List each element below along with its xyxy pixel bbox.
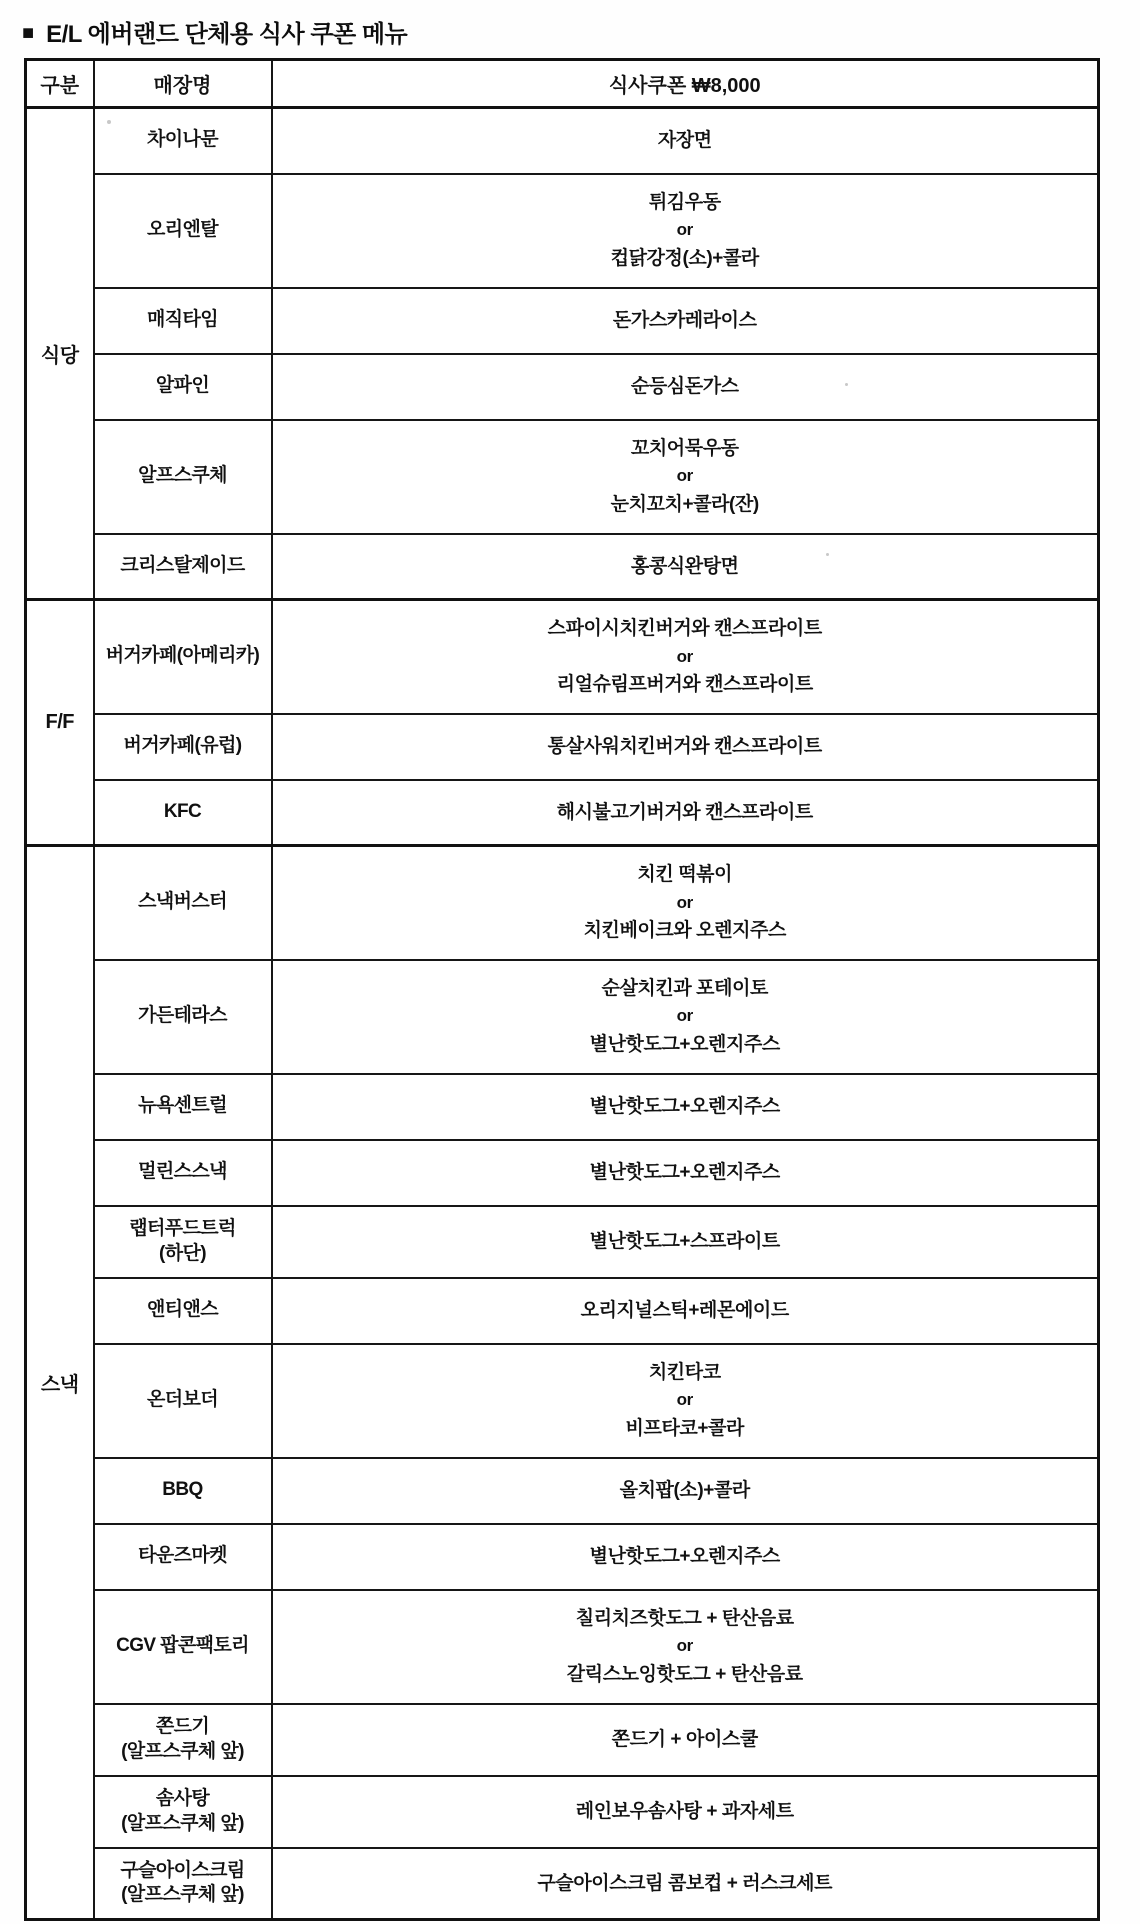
- table-row: 멀린스스낵별난핫도그+오렌지주스: [26, 1140, 1099, 1206]
- menu-cell: 튀김우동or컵닭강정(소)+콜라: [272, 174, 1099, 288]
- store-name-line: (알프스쿠체 앞): [101, 1740, 265, 1765]
- menu-item-line: 순등심돈가스: [279, 372, 1092, 401]
- store-name-line: 온더보더: [101, 1388, 265, 1413]
- category-cell: 스낵: [26, 846, 94, 1920]
- menu-cell: 순등심돈가스: [272, 354, 1099, 420]
- menu-or-separator: or: [279, 890, 1092, 916]
- table-row: 타운즈마켓별난핫도그+오렌지주스: [26, 1524, 1099, 1590]
- menu-item-line: 눈치꼬치+콜라(잔): [279, 490, 1092, 519]
- document-title: ■ E/L 에버랜드 단체용 식사 쿠폰 메뉴: [22, 14, 407, 49]
- table-row: 크리스탈제이드홍콩식완탕면: [26, 534, 1099, 600]
- menu-item-line: 레인보우솜사탕 + 과자세트: [279, 1797, 1092, 1826]
- store-name-line: 멀린스스낵: [101, 1160, 265, 1185]
- store-name-cell: 뉴욕센트럴: [94, 1074, 272, 1140]
- store-name-cell: 스낵버스터: [94, 846, 272, 960]
- title-text: E/L 에버랜드 단체용 식사 쿠폰 메뉴: [46, 14, 407, 49]
- menu-item-line: 갈릭스노잉핫도그 + 탄산음료: [279, 1660, 1092, 1689]
- menu-cell: 자장면: [272, 108, 1099, 174]
- table-row: 매직타임돈가스카레라이스: [26, 288, 1099, 354]
- table-row: 가든테라스순살치킨과 포테이토or별난핫도그+오렌지주스: [26, 960, 1099, 1074]
- table-row: 온더보더치킨타코or비프타코+콜라: [26, 1344, 1099, 1458]
- table-row: KFC해시불고기버거와 캔스프라이트: [26, 780, 1099, 846]
- menu-item-line: 별난핫도그+오렌지주스: [279, 1092, 1092, 1121]
- title-bullet-icon: ■: [22, 23, 34, 43]
- menu-cell: 꼬치어묵우동or눈치꼬치+콜라(잔): [272, 420, 1099, 534]
- menu-cell: 올치팝(소)+콜라: [272, 1458, 1099, 1524]
- table-row: 쫀드기(알프스쿠체 앞)쫀드기 + 아이스쿨: [26, 1704, 1099, 1776]
- header-category: 구분: [26, 60, 94, 108]
- menu-cell: 별난핫도그+오렌지주스: [272, 1074, 1099, 1140]
- table-row: 스낵스낵버스터치킨 떡볶이or치킨베이크와 오렌지주스: [26, 846, 1099, 960]
- store-name-cell: 가든테라스: [94, 960, 272, 1074]
- menu-cell: 순살치킨과 포테이토or별난핫도그+오렌지주스: [272, 960, 1099, 1074]
- store-name-cell: 구슬아이스크림(알프스쿠체 앞): [94, 1848, 272, 1920]
- scan-speck: [826, 553, 829, 556]
- menu-item-line: 튀김우동: [279, 188, 1092, 217]
- table-row: 솜사탕(알프스쿠체 앞)레인보우솜사탕 + 과자세트: [26, 1776, 1099, 1848]
- menu-cell: 별난핫도그+오렌지주스: [272, 1524, 1099, 1590]
- table-row: 구슬아이스크림(알프스쿠체 앞)구슬아이스크림 콤보컵 + 러스크세트: [26, 1848, 1099, 1920]
- store-name-line: 가든테라스: [101, 1004, 265, 1029]
- menu-item-line: 리얼슈림프버거와 캔스프라이트: [279, 670, 1092, 699]
- menu-cell: 해시불고기버거와 캔스프라이트: [272, 780, 1099, 846]
- store-name-cell: 타운즈마켓: [94, 1524, 272, 1590]
- store-name-cell: 매직타임: [94, 288, 272, 354]
- menu-item-line: 돈가스카레라이스: [279, 306, 1092, 335]
- menu-cell: 칠리치즈핫도그 + 탄산음료or갈릭스노잉핫도그 + 탄산음료: [272, 1590, 1099, 1704]
- table-row: 식당차이나문자장면: [26, 108, 1099, 174]
- category-cell: 식당: [26, 108, 94, 600]
- store-name-line: BBQ: [101, 1478, 265, 1503]
- table-row: 버거카페(유럽)통살사워치킨버거와 캔스프라이트: [26, 714, 1099, 780]
- header-coupon-menu: 식사쿠폰 ₩8,000: [272, 60, 1099, 108]
- menu-cell: 스파이시치킨버거와 캔스프라이트or리얼슈림프버거와 캔스프라이트: [272, 600, 1099, 714]
- menu-item-line: 치킨베이크와 오렌지주스: [279, 916, 1092, 945]
- store-name-line: KFC: [101, 800, 265, 825]
- menu-item-line: 치킨 떡볶이: [279, 860, 1092, 889]
- menu-item-line: 별난핫도그+스프라이트: [279, 1227, 1092, 1256]
- document-page: ■ E/L 에버랜드 단체용 식사 쿠폰 메뉴 구분 매장명 식사쿠폰 ₩8,0…: [0, 0, 1140, 1924]
- store-name-cell: 알프스쿠체: [94, 420, 272, 534]
- menu-item-line: 쫀드기 + 아이스쿨: [279, 1725, 1092, 1754]
- menu-cell: 구슬아이스크림 콤보컵 + 러스크세트: [272, 1848, 1099, 1920]
- scan-speck: [845, 383, 848, 386]
- store-name-cell: 멀린스스낵: [94, 1140, 272, 1206]
- store-name-cell: 차이나문: [94, 108, 272, 174]
- store-name-line: 스낵버스터: [101, 890, 265, 915]
- menu-item-line: 치킨타코: [279, 1358, 1092, 1387]
- menu-item-line: 구슬아이스크림 콤보컵 + 러스크세트: [279, 1869, 1092, 1898]
- store-name-cell: 앤티앤스: [94, 1278, 272, 1344]
- store-name-cell: 쫀드기(알프스쿠체 앞): [94, 1704, 272, 1776]
- coupon-menu-table: 구분 매장명 식사쿠폰 ₩8,000 식당차이나문자장면오리엔탈튀김우동or컵닭…: [24, 58, 1100, 1921]
- store-name-line: 크리스탈제이드: [101, 554, 265, 579]
- table-row: BBQ올치팝(소)+콜라: [26, 1458, 1099, 1524]
- menu-or-separator: or: [279, 1387, 1092, 1413]
- menu-item-line: 별난핫도그+오렌지주스: [279, 1542, 1092, 1571]
- table-row: 뉴욕센트럴별난핫도그+오렌지주스: [26, 1074, 1099, 1140]
- menu-cell: 별난핫도그+오렌지주스: [272, 1140, 1099, 1206]
- menu-item-line: 별난핫도그+오렌지주스: [279, 1030, 1092, 1059]
- store-name-cell: CGV 팝콘팩토리: [94, 1590, 272, 1704]
- menu-item-line: 컵닭강정(소)+콜라: [279, 244, 1092, 273]
- menu-item-line: 비프타코+콜라: [279, 1414, 1092, 1443]
- table-row: 오리엔탈튀김우동or컵닭강정(소)+콜라: [26, 174, 1099, 288]
- store-name-line: 알파인: [101, 374, 265, 399]
- store-name-cell: 랩터푸드트럭(하단): [94, 1206, 272, 1278]
- store-name-cell: 오리엔탈: [94, 174, 272, 288]
- store-name-line: (알프스쿠체 앞): [101, 1812, 265, 1837]
- store-name-line: 버거카페(유럽): [101, 734, 265, 759]
- store-name-line: 쫀드기: [101, 1715, 265, 1740]
- scan-speck: [107, 120, 111, 124]
- menu-cell: 오리지널스틱+레몬에이드: [272, 1278, 1099, 1344]
- table-row: 알파인순등심돈가스: [26, 354, 1099, 420]
- category-cell: F/F: [26, 600, 94, 846]
- store-name-cell: 솜사탕(알프스쿠체 앞): [94, 1776, 272, 1848]
- menu-or-separator: or: [279, 217, 1092, 243]
- menu-or-separator: or: [279, 1003, 1092, 1029]
- store-name-cell: 알파인: [94, 354, 272, 420]
- menu-item-line: 홍콩식완탕면: [279, 552, 1092, 581]
- store-name-line: 매직타임: [101, 308, 265, 333]
- store-name-cell: KFC: [94, 780, 272, 846]
- table-row: 알프스쿠체꼬치어묵우동or눈치꼬치+콜라(잔): [26, 420, 1099, 534]
- store-name-cell: 버거카페(아메리카): [94, 600, 272, 714]
- store-name-cell: 크리스탈제이드: [94, 534, 272, 600]
- store-name-cell: 버거카페(유럽): [94, 714, 272, 780]
- table-row: CGV 팝콘팩토리칠리치즈핫도그 + 탄산음료or갈릭스노잉핫도그 + 탄산음료: [26, 1590, 1099, 1704]
- menu-item-line: 오리지널스틱+레몬에이드: [279, 1296, 1092, 1325]
- menu-item-line: 칠리치즈핫도그 + 탄산음료: [279, 1604, 1092, 1633]
- menu-cell: 쫀드기 + 아이스쿨: [272, 1704, 1099, 1776]
- store-name-line: (하단): [101, 1242, 265, 1267]
- menu-item-line: 자장면: [279, 126, 1092, 155]
- menu-cell: 치킨 떡볶이or치킨베이크와 오렌지주스: [272, 846, 1099, 960]
- menu-cell: 통살사워치킨버거와 캔스프라이트: [272, 714, 1099, 780]
- store-name-line: 오리엔탈: [101, 218, 265, 243]
- store-name-line: 버거카페(아메리카): [101, 644, 265, 669]
- menu-item-line: 올치팝(소)+콜라: [279, 1476, 1092, 1505]
- store-name-line: 구슬아이스크림: [101, 1859, 265, 1884]
- menu-item-line: 꼬치어묵우동: [279, 434, 1092, 463]
- table-row: 랩터푸드트럭(하단)별난핫도그+스프라이트: [26, 1206, 1099, 1278]
- store-name-line: 뉴욕센트럴: [101, 1094, 265, 1119]
- menu-item-line: 통살사워치킨버거와 캔스프라이트: [279, 732, 1092, 761]
- menu-or-separator: or: [279, 1633, 1092, 1659]
- menu-or-separator: or: [279, 463, 1092, 489]
- store-name-line: (알프스쿠체 앞): [101, 1883, 265, 1908]
- table-row: F/F버거카페(아메리카)스파이시치킨버거와 캔스프라이트or리얼슈림프버거와 …: [26, 600, 1099, 714]
- store-name-line: 타운즈마켓: [101, 1544, 265, 1569]
- menu-cell: 별난핫도그+스프라이트: [272, 1206, 1099, 1278]
- menu-cell: 돈가스카레라이스: [272, 288, 1099, 354]
- store-name-line: 랩터푸드트럭: [101, 1217, 265, 1242]
- table-header-row: 구분 매장명 식사쿠폰 ₩8,000: [26, 60, 1099, 108]
- menu-item-line: 별난핫도그+오렌지주스: [279, 1158, 1092, 1187]
- store-name-line: 앤티앤스: [101, 1298, 265, 1323]
- menu-cell: 레인보우솜사탕 + 과자세트: [272, 1776, 1099, 1848]
- store-name-line: 차이나문: [101, 128, 265, 153]
- menu-item-line: 해시불고기버거와 캔스프라이트: [279, 798, 1092, 827]
- table-row: 앤티앤스오리지널스틱+레몬에이드: [26, 1278, 1099, 1344]
- store-name-line: 알프스쿠체: [101, 464, 265, 489]
- menu-cell: 치킨타코or비프타코+콜라: [272, 1344, 1099, 1458]
- store-name-cell: 온더보더: [94, 1344, 272, 1458]
- store-name-line: 솜사탕: [101, 1787, 265, 1812]
- menu-cell: 홍콩식완탕면: [272, 534, 1099, 600]
- store-name-cell: BBQ: [94, 1458, 272, 1524]
- header-store-name: 매장명: [94, 60, 272, 108]
- menu-item-line: 스파이시치킨버거와 캔스프라이트: [279, 614, 1092, 643]
- menu-or-separator: or: [279, 644, 1092, 670]
- menu-item-line: 순살치킨과 포테이토: [279, 974, 1092, 1003]
- store-name-line: CGV 팝콘팩토리: [101, 1634, 265, 1659]
